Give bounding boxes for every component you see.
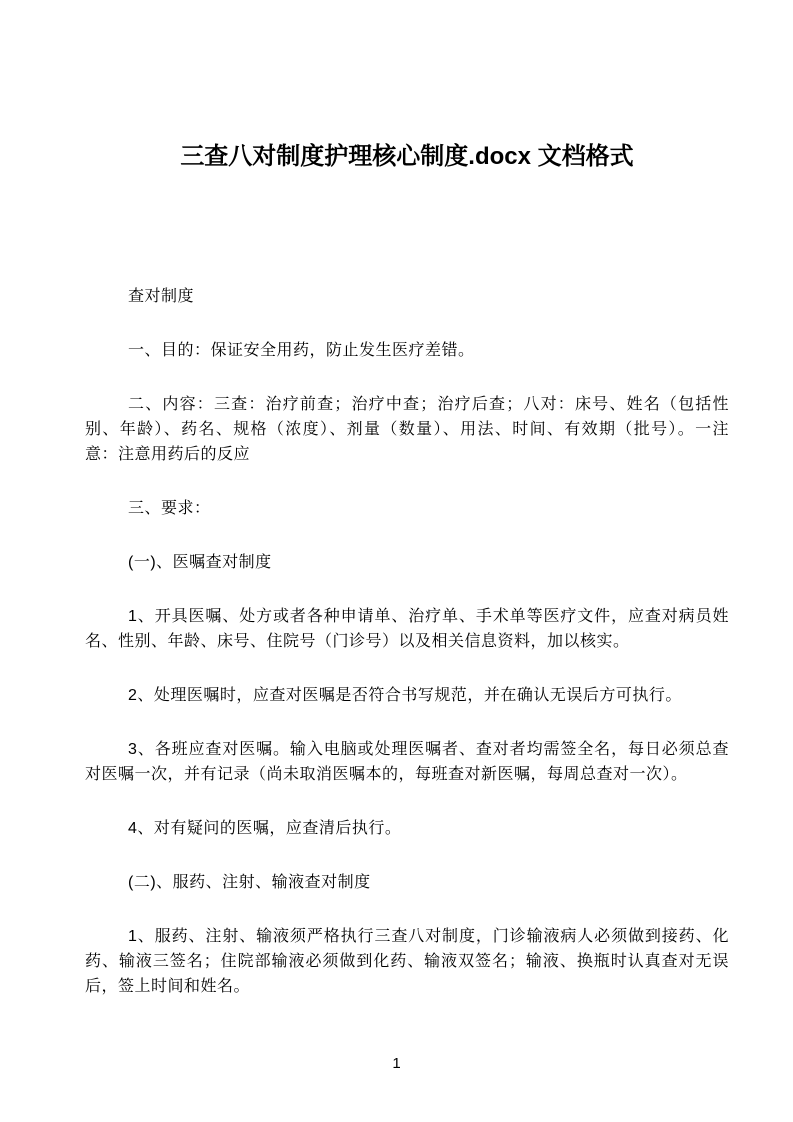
paragraph-section-2-item-1: 1、服药、注射、输液须严格执行三查八对制度，门诊输液病人必须做到接药、化药、输液… (85, 924, 729, 999)
paragraph-requirements: 三、要求： (85, 496, 729, 521)
document-content: 三查八对制度护理核心制度.docx 文档格式 查对制度 一、目的：保证安全用药，… (85, 0, 729, 1028)
page-number: 1 (0, 1051, 793, 1076)
paragraph-section-2-title: (二)、服药、注射、输液查对制度 (85, 870, 729, 895)
paragraph-section-1-title: (一)、医嘱查对制度 (85, 550, 729, 575)
document-page: 三查八对制度护理核心制度.docx 文档格式 查对制度 一、目的：保证安全用药，… (0, 0, 793, 1122)
paragraph-section-1-item-4: 4、对有疑问的医嘱，应查清后执行。 (85, 816, 729, 841)
document-title: 三查八对制度护理核心制度.docx 文档格式 (85, 137, 729, 177)
paragraph-section-1-item-2: 2、处理医嘱时，应查对医嘱是否符合书写规范，并在确认无误后方可执行。 (85, 683, 729, 708)
paragraph-section-1-item-3: 3、各班应查对医嘱。输入电脑或处理医嘱者、查对者均需签全名，每日必须总查对医嘱一… (85, 737, 729, 787)
paragraph-section-1-item-1: 1、开具医嘱、处方或者各种申请单、治疗单、手术单等医疗文件，应查对病员姓名、性别… (85, 604, 729, 654)
paragraph-heading: 查对制度 (85, 284, 729, 309)
paragraph-purpose: 一、目的：保证安全用药，防止发生医疗差错。 (85, 338, 729, 363)
paragraph-content: 二、内容：三查：治疗前查；治疗中查；治疗后查；八对：床号、姓名（包括性别、年龄）… (85, 392, 729, 467)
